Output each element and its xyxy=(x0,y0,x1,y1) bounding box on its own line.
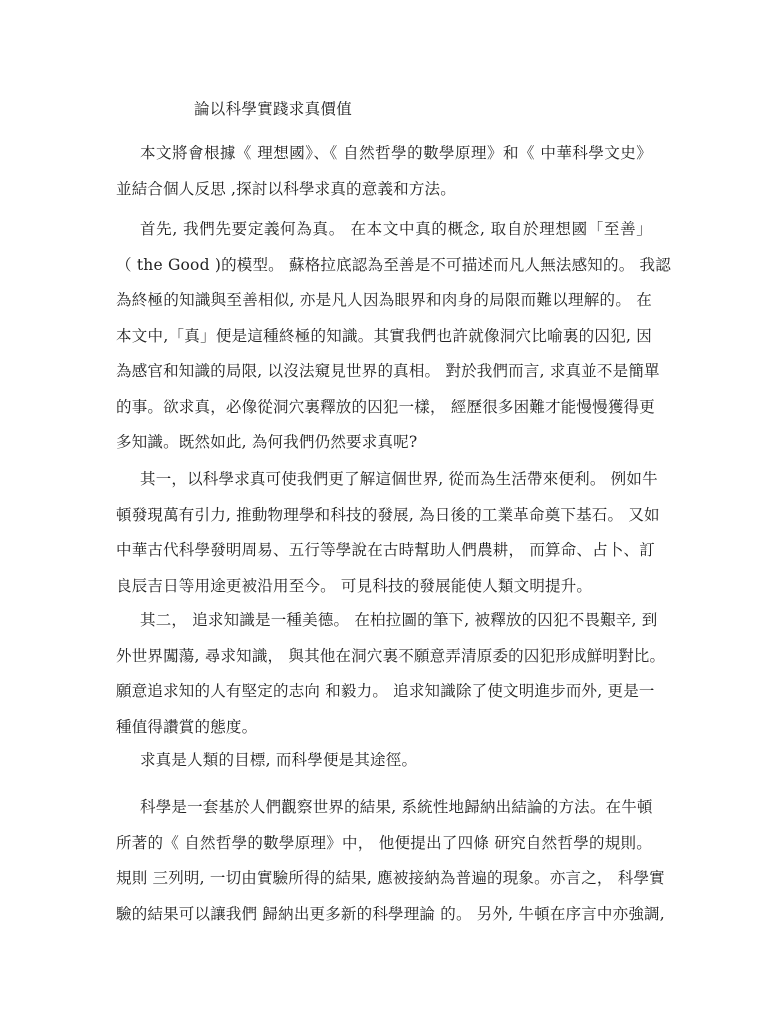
text-line: 驗的結果可以讓我們 歸納出更多新的科學理論 的。 另外, 牛頓在序言中亦強調, xyxy=(116,897,652,933)
text-line: 為感官和知識的局限, 以沒法窺見世界的真相。 對於我們而言, 求真並不是簡單 xyxy=(116,354,652,390)
text-line: 規則 三列明, 一切由實驗所得的結果, 應被接納為普遍的現象。亦言之， 科學實 xyxy=(116,861,652,897)
text-line: 中華古代科學發明周易、五行等學說在古時幫助人們農耕， 而算命、占卜、訂 xyxy=(116,533,652,569)
text-line: 首先, 我們先要定義何為真。 在本文中真的概念, 取自於理想國「至善」 xyxy=(116,212,652,248)
document-title: 論以科學實踐求真價值 xyxy=(194,97,352,119)
paragraph-summary: 求真是人類的目標, 而科學便是其途徑。 xyxy=(116,743,652,779)
text-line: （ the Good )的模型。 蘇格拉底認為至善是不可描述而凡人無法感知的。 … xyxy=(116,248,652,284)
paragraph-intro: 本文將會根據《 理想國》、《 自然哲學的數學原理》和《 中華科學文史》 並結合個… xyxy=(116,136,652,207)
text-line: 的事。欲求真，必像從洞穴裏釋放的囚犯一樣， 經歷很多困難才能慢慢獲得更 xyxy=(116,390,652,426)
text-line: 頓發現萬有引力, 推動物理學和科技的發展, 為日後的工業革命奠下基石。 又如 xyxy=(116,498,652,534)
paragraph-reason-one: 其一，以科學求真可使我們更了解這個世界, 從而為生活帶來便利。 例如牛 頓發現萬… xyxy=(116,462,652,604)
text-line: 外世界闖蕩, 尋求知識， 與其他在洞穴裏不願意弄清原委的囚犯形成鮮明對比。 xyxy=(116,639,652,675)
text-line: 求真是人類的目標, 而科學便是其途徑。 xyxy=(116,743,652,779)
text-line: 其一，以科學求真可使我們更了解這個世界, 從而為生活帶來便利。 例如牛 xyxy=(116,462,652,498)
paragraph-definition: 首先, 我們先要定義何為真。 在本文中真的概念, 取自於理想國「至善」 （ th… xyxy=(116,212,652,461)
text-line: 本文將會根據《 理想國》、《 自然哲學的數學原理》和《 中華科學文史》 xyxy=(116,136,652,172)
text-line: 為終極的知識與至善相似, 亦是凡人因為眼界和肉身的局限而難以理解的。 在 xyxy=(116,283,652,319)
text-line: 種值得讚賞的態度。 xyxy=(116,710,652,746)
text-line: 所著的《 自然哲學的數學原理》中， 他便提出了四條 研究自然哲學的規則。 xyxy=(116,826,652,862)
text-line: 科學是一套基於人們觀察世界的結果, 系統性地歸納出結論的方法。在牛頓 xyxy=(116,790,652,826)
text-line: 其二， 追求知識是一種美德。 在柏拉圖的筆下, 被釋放的囚犯不畏艱辛, 到 xyxy=(116,603,652,639)
text-line: 並結合個人反思 ,探討以科學求真的意義和方法。 xyxy=(116,172,652,208)
paragraph-science-method: 科學是一套基於人們觀察世界的結果, 系統性地歸納出結論的方法。在牛頓 所著的《 … xyxy=(116,790,652,932)
text-line: 良辰吉日等用途更被沿用至今。 可見科技的發展能使人類文明提升。 xyxy=(116,569,652,605)
text-line: 願意追求知的人有堅定的志向 和毅力。 追求知識除了使文明進步而外, 更是一 xyxy=(116,674,652,710)
text-line: 本文中,「真」便是這種終極的知識。其實我們也許就像洞穴比喻裏的囚犯, 因 xyxy=(116,319,652,355)
text-line: 多知識。既然如此, 為何我們仍然要求真呢? xyxy=(116,425,652,461)
paragraph-reason-two: 其二， 追求知識是一種美德。 在柏拉圖的筆下, 被釋放的囚犯不畏艱辛, 到 外世… xyxy=(116,603,652,745)
